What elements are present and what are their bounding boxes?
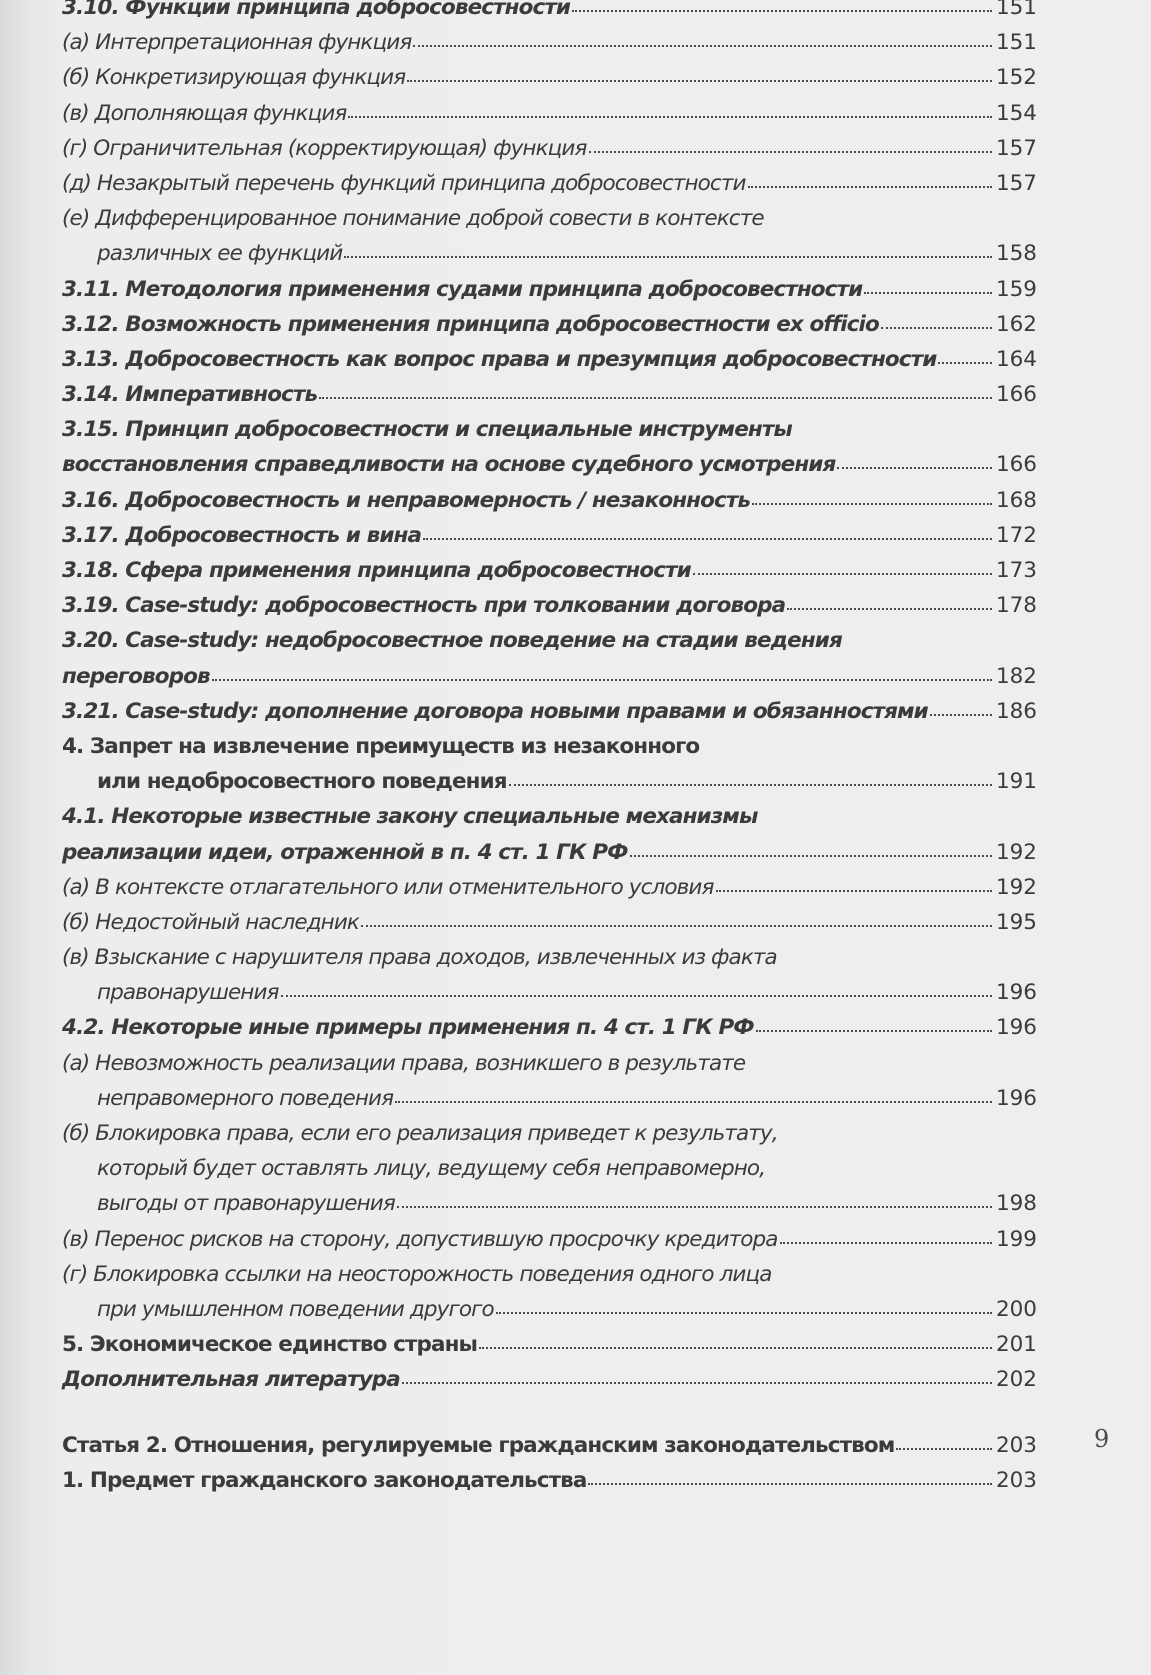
toc-entry-title: 3.11. Методология применения судами прин… (62, 272, 1037, 307)
toc-entry-title-continuation: реализации идеи, отраженной в п. 4 ст. 1… (62, 835, 1037, 870)
toc-entry-title: (е) Дифференцированное понимание доброй … (62, 201, 1037, 236)
toc-entry-text: 3.21. Case-study: дополнение договора но… (62, 694, 928, 729)
toc-entry-title: (а) Интерпретационная функция151 (62, 25, 1037, 60)
toc-page-number[interactable]: 168 (994, 483, 1037, 518)
dot-leader (780, 1242, 992, 1244)
toc-entry-title: (б) Конкретизирующая функция152 (62, 60, 1037, 95)
toc-page-number[interactable]: 157 (994, 131, 1037, 166)
toc-entry[interactable]: Дополнительная литература202 (62, 1362, 1037, 1397)
toc-page-number[interactable]: 192 (994, 835, 1037, 870)
toc-entry-text: переговоров (62, 659, 210, 694)
toc-entry-title: 5. Экономическое единство страны201 (62, 1327, 1037, 1362)
toc-entry-title: (б) Блокировка права, если его реализаци… (62, 1116, 1037, 1151)
toc-entry-text: (в) Перенос рисков на сторону, допустивш… (62, 1222, 778, 1257)
toc-page-number[interactable]: 178 (994, 588, 1037, 623)
dot-leader (716, 890, 992, 892)
toc-page-number[interactable]: 166 (994, 377, 1037, 412)
toc-entry-title: 4. Запрет на извлечение преимуществ из н… (62, 729, 1037, 764)
toc-entry-text: 5. Экономическое единство страны (62, 1327, 477, 1362)
toc-entry-text: (б) Конкретизирующая функция (62, 60, 405, 95)
toc-entry-title: 3.15. Принцип добросовестности и специал… (62, 412, 1037, 447)
toc-entry[interactable]: 3.20. Case-study: недобросовестное повед… (62, 623, 1037, 693)
toc-entry-text: 3.12. Возможность применения принципа до… (62, 307, 879, 342)
toc-entry[interactable]: (а) Интерпретационная функция151 (62, 25, 1037, 60)
toc-page-number[interactable]: 173 (994, 553, 1037, 588)
section-gap (62, 1398, 1037, 1428)
toc-entry-text: правонарушения (97, 975, 279, 1010)
dot-leader (413, 45, 992, 47)
toc-entry-text: 3.19. Case-study: добросовестность при т… (62, 588, 785, 623)
toc-page-number[interactable]: 202 (994, 1362, 1037, 1397)
dot-leader (395, 1101, 992, 1103)
toc-entry-text: при умышленном поведении другого (97, 1292, 494, 1327)
toc-entry-text: неправомерного поведения (97, 1081, 393, 1116)
toc-entry-title: (в) Перенос рисков на сторону, допустивш… (62, 1222, 1037, 1257)
dot-leader (693, 573, 992, 575)
toc-page-number[interactable]: 201 (994, 1327, 1037, 1362)
dot-leader (837, 467, 992, 469)
toc-entry-text: (а) Невозможность реализации права, возн… (62, 1046, 745, 1081)
toc-entry-title: 3.13. Добросовестность как вопрос права … (62, 342, 1037, 377)
toc-entry[interactable]: 3.13. Добросовестность как вопрос права … (62, 342, 1037, 377)
toc-entry[interactable]: (в) Перенос рисков на сторону, допустивш… (62, 1222, 1037, 1257)
toc-page-number[interactable]: 195 (994, 905, 1037, 940)
toc-entry-title: Статья 2. Отношения, регулируемые гражда… (62, 1428, 1037, 1463)
dot-leader (588, 1483, 991, 1485)
toc-page-number[interactable]: 164 (994, 342, 1037, 377)
toc-entry-title: Дополнительная литература202 (62, 1362, 1037, 1397)
toc-entry[interactable]: (д) Незакрытый перечень функций принципа… (62, 166, 1037, 201)
toc-entry-text: 3.10. Функции принципа добросовестности (62, 0, 570, 25)
toc-page-number[interactable]: 154 (994, 96, 1037, 131)
toc-entry-title: 3.12. Возможность применения принципа до… (62, 307, 1037, 342)
dot-leader (212, 679, 992, 681)
toc-entry-text: который будет оставлять лицу, ведущему с… (97, 1151, 765, 1186)
toc-page-number[interactable]: 192 (994, 870, 1037, 905)
toc-page-number[interactable]: 196 (994, 1010, 1037, 1045)
toc-page-number[interactable]: 166 (994, 447, 1037, 482)
toc-page-number[interactable]: 162 (994, 307, 1037, 342)
toc-page-number[interactable]: 203 (994, 1428, 1037, 1463)
toc-page-number[interactable]: 172 (994, 518, 1037, 553)
dot-leader (864, 292, 992, 294)
toc-page-number[interactable]: 151 (994, 0, 1037, 25)
toc-page-number[interactable]: 186 (994, 694, 1037, 729)
toc-entry[interactable]: (б) Блокировка права, если его реализаци… (62, 1116, 1037, 1222)
toc-entry-text: 3.11. Методология применения судами прин… (62, 272, 862, 307)
toc-entry-text: (а) В контексте отлагательного или отмен… (62, 870, 714, 905)
toc-entry[interactable]: 1. Предмет гражданского законодательства… (62, 1463, 1037, 1498)
toc-entry-text: Дополнительная литература (62, 1362, 400, 1397)
toc-entry[interactable]: 5. Экономическое единство страны201 (62, 1327, 1037, 1362)
dot-leader (938, 362, 992, 364)
toc-entry[interactable]: (в) Дополняющая функция154 (62, 96, 1037, 131)
toc-page-number[interactable]: 196 (994, 1081, 1037, 1116)
toc-entry-text: (д) Незакрытый перечень функций принципа… (62, 166, 746, 201)
dot-leader (630, 855, 992, 857)
toc-entry[interactable]: 4.2. Некоторые иные примеры применения п… (62, 1010, 1037, 1045)
toc-entry-text: (в) Взыскание с нарушителя права доходов… (62, 940, 777, 975)
dot-leader (361, 925, 992, 927)
toc-entry-text: (е) Дифференцированное понимание доброй … (62, 201, 764, 236)
toc-entry[interactable]: 3.18. Сфера применения принципа добросов… (62, 553, 1037, 588)
toc-entry-title-continuation: неправомерного поведения196 (62, 1081, 1037, 1116)
dot-leader (752, 503, 992, 505)
toc-entry-title-continuation: восстановления справедливости на основе … (62, 447, 1037, 482)
toc-entry-text: 3.20. Case-study: недобросовестное повед… (62, 623, 842, 658)
dot-leader (881, 327, 992, 329)
toc-entry-title: (г) Ограничительная (корректирующая) фун… (62, 131, 1037, 166)
toc-entry[interactable]: 3.14. Императивность 166 (62, 377, 1037, 412)
dot-leader (787, 608, 992, 610)
toc-entry-title: 3.20. Case-study: недобросовестное повед… (62, 623, 1037, 658)
toc-page-number[interactable]: 198 (994, 1186, 1037, 1221)
toc-entry[interactable]: (г) Блокировка ссылки на неосторожность … (62, 1257, 1037, 1327)
toc-entry-text: 4.1. Некоторые известные закону специаль… (62, 799, 758, 834)
dot-leader (572, 10, 992, 12)
toc-entry[interactable]: (б) Недостойный наследник195 (62, 905, 1037, 940)
toc-entry-text: (в) Дополняющая функция (62, 96, 346, 131)
toc-page-number[interactable]: 182 (994, 659, 1037, 694)
toc-entry-title: (г) Блокировка ссылки на неосторожность … (62, 1257, 1037, 1292)
toc-entry-title-continuation: при умышленном поведении другого200 (62, 1292, 1037, 1327)
toc-entry-text: (а) Интерпретационная функция (62, 25, 411, 60)
toc-entry-title-continuation: выгоды от правонарушения198 (62, 1186, 1037, 1221)
toc-entry-title: (в) Дополняющая функция154 (62, 96, 1037, 131)
toc-entry[interactable]: 3.15. Принцип добросовестности и специал… (62, 412, 1037, 482)
toc-entry[interactable]: 3.17. Добросовестность и вина172 (62, 518, 1037, 553)
toc-entry-text: различных ее функций (97, 236, 342, 271)
toc-entry[interactable]: (в) Взыскание с нарушителя права доходов… (62, 940, 1037, 1010)
dot-leader (748, 186, 992, 188)
toc-entry-title-continuation: или недобросовестного поведения191 (62, 764, 1037, 799)
dot-leader (344, 256, 992, 258)
toc-entry-text: (г) Блокировка ссылки на неосторожность … (62, 1257, 772, 1292)
toc-entry[interactable]: (а) Невозможность реализации права, возн… (62, 1046, 1037, 1116)
toc-page-number[interactable]: 157 (994, 166, 1037, 201)
toc-entry-text: или недобросовестного поведения (97, 764, 507, 799)
toc-page-number[interactable]: 203 (994, 1463, 1037, 1498)
toc-entry[interactable]: 3.16. Добросовестность и неправомерность… (62, 483, 1037, 518)
toc-entry[interactable]: 4.1. Некоторые известные закону специаль… (62, 799, 1037, 869)
dot-leader (756, 1030, 992, 1032)
toc-entry-title: 3.17. Добросовестность и вина172 (62, 518, 1037, 553)
toc-entry[interactable]: 3.21. Case-study: дополнение договора но… (62, 694, 1037, 729)
toc-entry[interactable]: 3.12. Возможность применения принципа до… (62, 307, 1037, 342)
toc-entry-text: 3.13. Добросовестность как вопрос права … (62, 342, 936, 377)
toc-entry[interactable]: (а) В контексте отлагательного или отмен… (62, 870, 1037, 905)
toc-entry-text: 3.18. Сфера применения принципа добросов… (62, 553, 691, 588)
toc-entry-text: выгоды от правонарушения (97, 1186, 395, 1221)
toc-entry[interactable]: (г) Ограничительная (корректирующая) фун… (62, 131, 1037, 166)
toc-page-number[interactable]: 200 (994, 1292, 1037, 1327)
toc-entry-text: Статья 2. Отношения, регулируемые гражда… (62, 1428, 894, 1463)
toc-entry-title: (в) Взыскание с нарушителя права доходов… (62, 940, 1037, 975)
dot-leader (407, 80, 992, 82)
table-of-contents: 3.10. Функции принципа добросовестности1… (62, 0, 1037, 1498)
toc-entry-title-continuation: различных ее функций158 (62, 236, 1037, 271)
toc-entry-title: (д) Незакрытый перечень функций принципа… (62, 166, 1037, 201)
toc-entry-title: 3.14. Императивность 166 (62, 377, 1037, 412)
toc-entry-text: 3.15. Принцип добросовестности и специал… (62, 412, 792, 447)
toc-entry-title: (а) В контексте отлагательного или отмен… (62, 870, 1037, 905)
dot-leader (509, 784, 992, 786)
toc-entry-title-continuation: переговоров182 (62, 659, 1037, 694)
toc-entry-title: 4.2. Некоторые иные примеры применения п… (62, 1010, 1037, 1045)
dot-leader (896, 1448, 992, 1450)
toc-page-number[interactable]: 196 (994, 975, 1037, 1010)
toc-entry-text: (б) Блокировка права, если его реализаци… (62, 1116, 778, 1151)
toc-entry[interactable]: 3.10. Функции принципа добросовестности1… (62, 0, 1037, 25)
toc-entry[interactable]: 3.11. Методология применения судами прин… (62, 272, 1037, 307)
toc-entry-text: 4. Запрет на извлечение преимуществ из н… (62, 729, 699, 764)
dot-leader (402, 1382, 992, 1384)
toc-entry[interactable]: 4. Запрет на извлечение преимуществ из н… (62, 729, 1037, 799)
dot-leader (930, 714, 992, 716)
toc-entry-title-continuation: который будет оставлять лицу, ведущему с… (62, 1151, 1037, 1186)
toc-entry-title: 4.1. Некоторые известные закону специаль… (62, 799, 1037, 834)
toc-page-number[interactable]: 159 (994, 272, 1037, 307)
toc-page-number[interactable]: 199 (994, 1222, 1037, 1257)
toc-entry-text: 3.16. Добросовестность и неправомерность… (62, 483, 750, 518)
toc-entry-text: (г) Ограничительная (корректирующая) фун… (62, 131, 587, 166)
toc-entry[interactable]: (б) Конкретизирующая функция152 (62, 60, 1037, 95)
toc-page-number[interactable]: 152 (994, 60, 1037, 95)
page-number: 9 (1094, 1425, 1109, 1453)
toc-entry-title: 1. Предмет гражданского законодательства… (62, 1463, 1037, 1498)
toc-page-number[interactable]: 158 (994, 236, 1037, 271)
toc-entry-text: реализации идеи, отраженной в п. 4 ст. 1… (62, 835, 628, 870)
toc-entry[interactable]: (е) Дифференцированное понимание доброй … (62, 201, 1037, 271)
toc-entry[interactable]: 3.19. Case-study: добросовестность при т… (62, 588, 1037, 623)
dot-leader (589, 151, 992, 153)
toc-entry[interactable]: Статья 2. Отношения, регулируемые гражда… (62, 1428, 1037, 1463)
toc-entry-text: восстановления справедливости на основе … (62, 447, 835, 482)
toc-entry-text: 4.2. Некоторые иные примеры применения п… (62, 1010, 754, 1045)
dot-leader (479, 1347, 992, 1349)
toc-entry-title: 3.10. Функции принципа добросовестности1… (62, 0, 1037, 25)
dot-leader (348, 116, 991, 118)
toc-entry-text: 3.14. Императивность (62, 377, 317, 412)
dot-leader (319, 397, 992, 399)
toc-entry-title: (б) Недостойный наследник195 (62, 905, 1037, 940)
dot-leader (423, 538, 992, 540)
toc-entry-title: 3.16. Добросовестность и неправомерность… (62, 483, 1037, 518)
dot-leader (496, 1312, 992, 1314)
toc-entry-title: 3.18. Сфера применения принципа добросов… (62, 553, 1037, 588)
toc-entry-title-continuation: правонарушения196 (62, 975, 1037, 1010)
toc-entry-text: (б) Недостойный наследник (62, 905, 359, 940)
toc-page-number[interactable]: 191 (994, 764, 1037, 799)
toc-entry-text: 1. Предмет гражданского законодательства (62, 1463, 586, 1498)
toc-entry-text: 3.17. Добросовестность и вина (62, 518, 421, 553)
toc-entry-title: (а) Невозможность реализации права, возн… (62, 1046, 1037, 1081)
toc-entry-title: 3.19. Case-study: добросовестность при т… (62, 588, 1037, 623)
dot-leader (397, 1206, 992, 1208)
toc-page-number[interactable]: 151 (994, 25, 1037, 60)
toc-entry-title: 3.21. Case-study: дополнение договора но… (62, 694, 1037, 729)
dot-leader (281, 995, 992, 997)
